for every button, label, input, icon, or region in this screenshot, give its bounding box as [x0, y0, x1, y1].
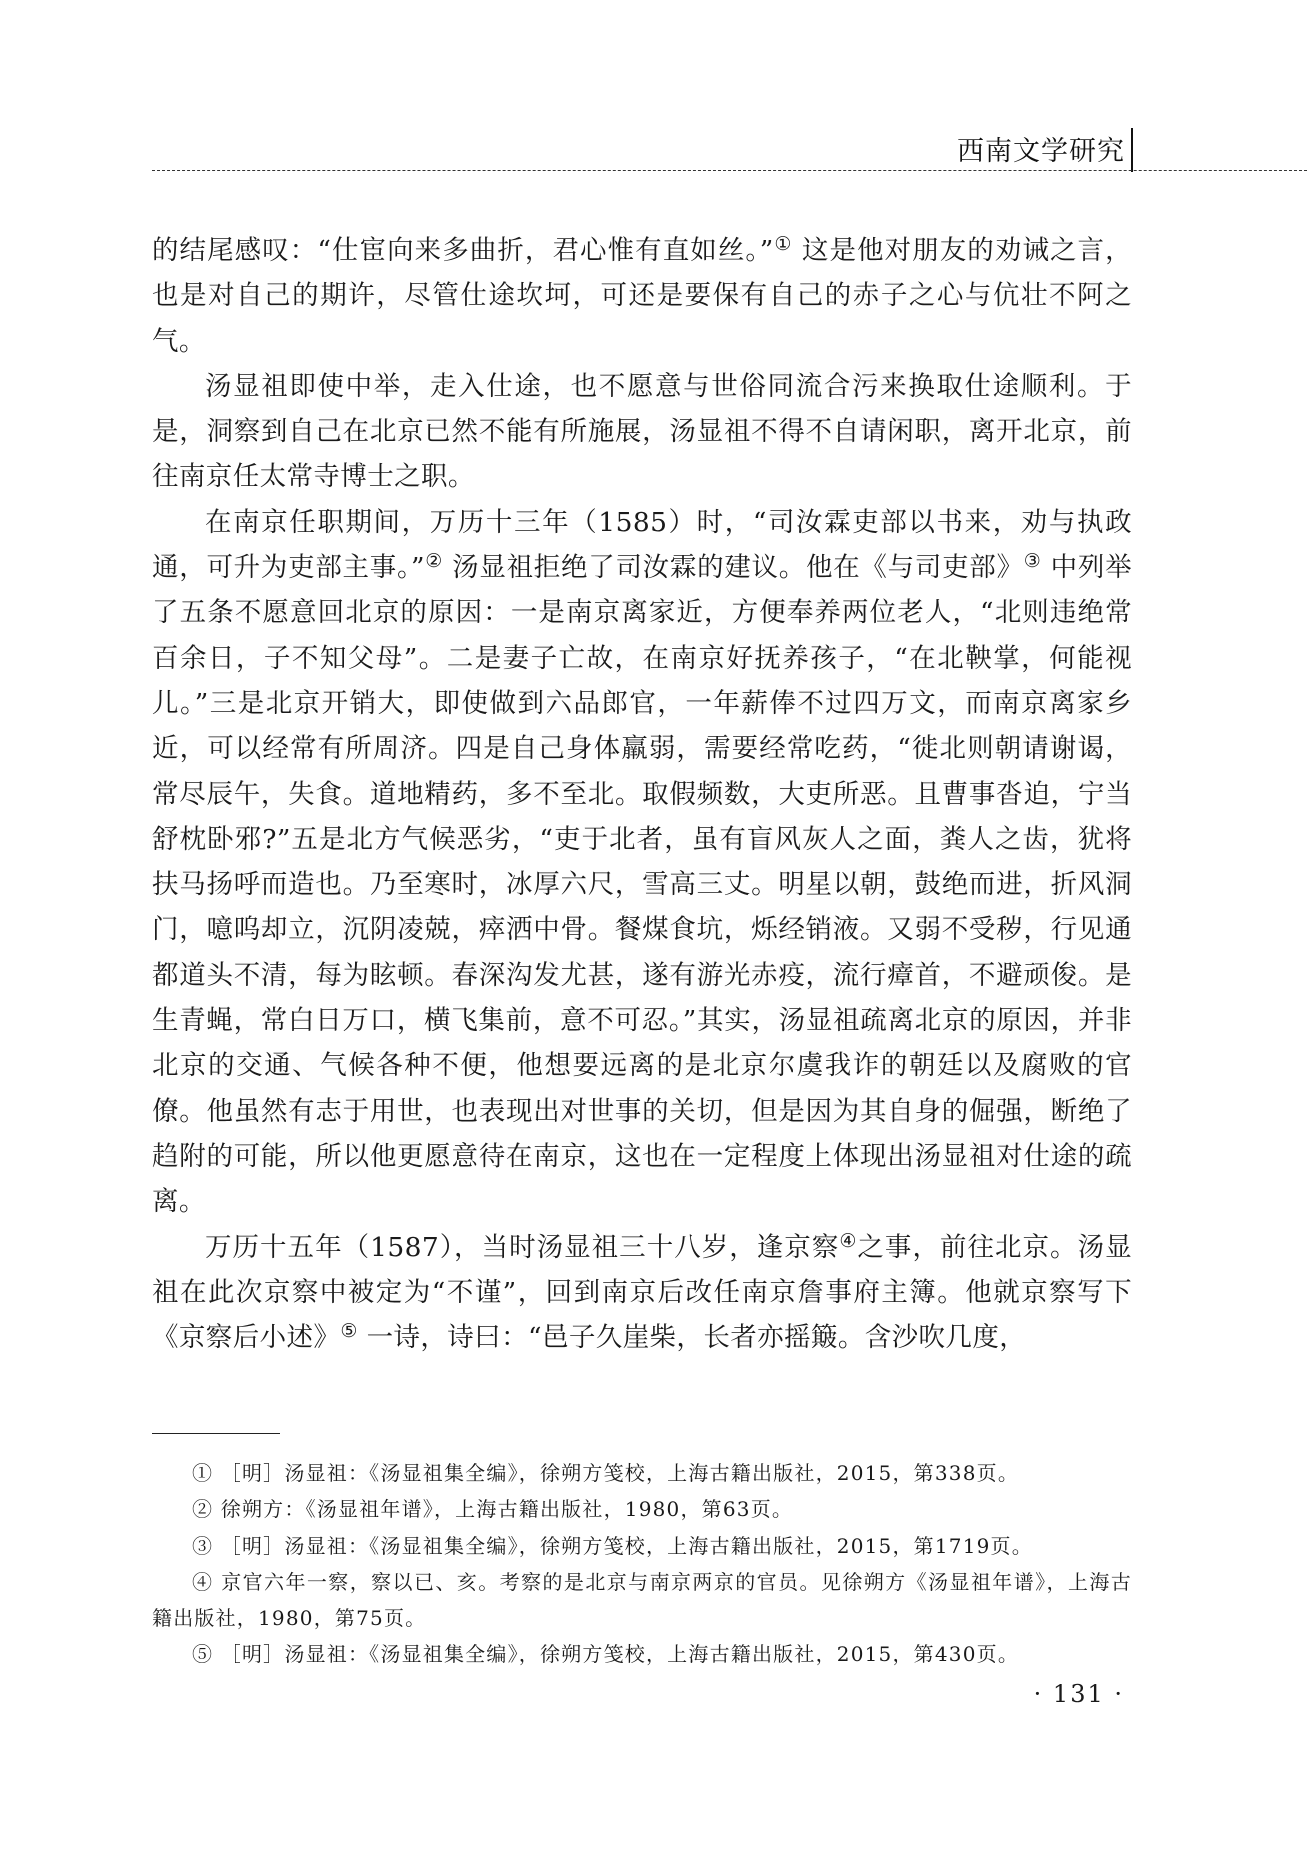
footnote-ref-4[interactable]: ④	[839, 1230, 857, 1252]
footnote-mark: ②	[192, 1497, 213, 1521]
paragraph-3: 在南京任职期间，万历十三年（1585）时，“司汝霖吏部以书来，劝与执政通，可升为…	[152, 500, 1132, 1225]
journal-title: 西南文学研究	[957, 136, 1125, 168]
footnote-text: 京官六年一察，察以已、亥。考察的是北京与南京两京的官员。见徐朔方《汤显祖年谱》，…	[152, 1570, 1132, 1630]
footnote-mark: ①	[192, 1461, 213, 1485]
text-segment: 的结尾感叹：“仕宦向来多曲折，君心惟有直如丝。”	[152, 235, 774, 266]
footnote-text: 徐朔方：《汤显祖年谱》，上海古籍出版社，1980，第63页。	[221, 1497, 793, 1521]
footnote-4: ④ 京官六年一察，察以已、亥。考察的是北京与南京两京的官员。见徐朔方《汤显祖年谱…	[152, 1564, 1132, 1637]
text-segment: 汤显祖即使中举，走入仕途，也不愿意与世俗同流合污来换取仕途顺利。于是，洞察到自己…	[152, 371, 1132, 493]
footnote-ref-2[interactable]: ②	[425, 550, 443, 572]
footnote-3: ③ ［明］汤显祖：《汤显祖集全编》，徐朔方笺校，上海古籍出版社，2015，第17…	[152, 1528, 1132, 1564]
text-segment: 中列举了五条不愿意回北京的原因：一是南京离家近，方便奉养两位老人，“北则违绝常百…	[152, 552, 1132, 1217]
footnotes: ① ［明］汤显祖：《汤显祖集全编》，徐朔方笺校，上海古籍出版社，2015，第33…	[152, 1455, 1132, 1673]
footnote-text: ［明］汤显祖：《汤显祖集全编》，徐朔方笺校，上海古籍出版社，2015，第1719…	[221, 1534, 1033, 1558]
header-dashed-rule	[152, 170, 1307, 171]
footnote-mark: ⑤	[192, 1642, 213, 1666]
text-segment: 汤显祖拒绝了司汝霖的建议。他在《与司吏部》	[443, 552, 1024, 583]
footnote-text: ［明］汤显祖：《汤显祖集全编》，徐朔方笺校，上海古籍出版社，2015，第338页…	[221, 1461, 1019, 1485]
footnote-ref-5[interactable]: ⑤	[340, 1320, 357, 1342]
footnote-2: ② 徐朔方：《汤显祖年谱》，上海古籍出版社，1980，第63页。	[152, 1491, 1132, 1527]
footnote-text: ［明］汤显祖：《汤显祖集全编》，徐朔方笺校，上海古籍出版社，2015，第430页…	[221, 1642, 1019, 1666]
text-segment: 万历十五年（1587），当时汤显祖三十八岁，逢京察	[205, 1232, 839, 1263]
footnote-1: ① ［明］汤显祖：《汤显祖集全编》，徐朔方笺校，上海古籍出版社，2015，第33…	[152, 1455, 1132, 1491]
page-number: · 131 ·	[1034, 1680, 1124, 1708]
footnote-ref-1[interactable]: ①	[774, 233, 793, 255]
paragraph-4: 万历十五年（1587），当时汤显祖三十八岁，逢京察④之事，前往北京。汤显祖在此次…	[152, 1225, 1132, 1361]
footnote-separator	[152, 1433, 280, 1434]
footnote-5: ⑤ ［明］汤显祖：《汤显祖集全编》，徐朔方笺校，上海古籍出版社，2015，第43…	[152, 1636, 1132, 1672]
paragraph-2: 汤显祖即使中举，走入仕途，也不愿意与世俗同流合污来换取仕途顺利。于是，洞察到自己…	[152, 364, 1132, 500]
footnote-mark: ④	[192, 1570, 213, 1594]
footnote-mark: ③	[192, 1534, 213, 1558]
text-segment: 一诗，诗曰：“邑子久崖柴，长者亦摇簸。含沙吹几度，	[358, 1322, 1026, 1353]
header-vertical-bar	[1131, 128, 1133, 172]
footnote-ref-3[interactable]: ③	[1024, 550, 1042, 572]
running-head: 西南文学研究	[152, 124, 1307, 172]
body-text: 的结尾感叹：“仕宦向来多曲折，君心惟有直如丝。”① 这是他对朋友的劝诫之言，也是…	[152, 228, 1132, 1360]
paragraph-1: 的结尾感叹：“仕宦向来多曲折，君心惟有直如丝。”① 这是他对朋友的劝诫之言，也是…	[152, 228, 1132, 364]
